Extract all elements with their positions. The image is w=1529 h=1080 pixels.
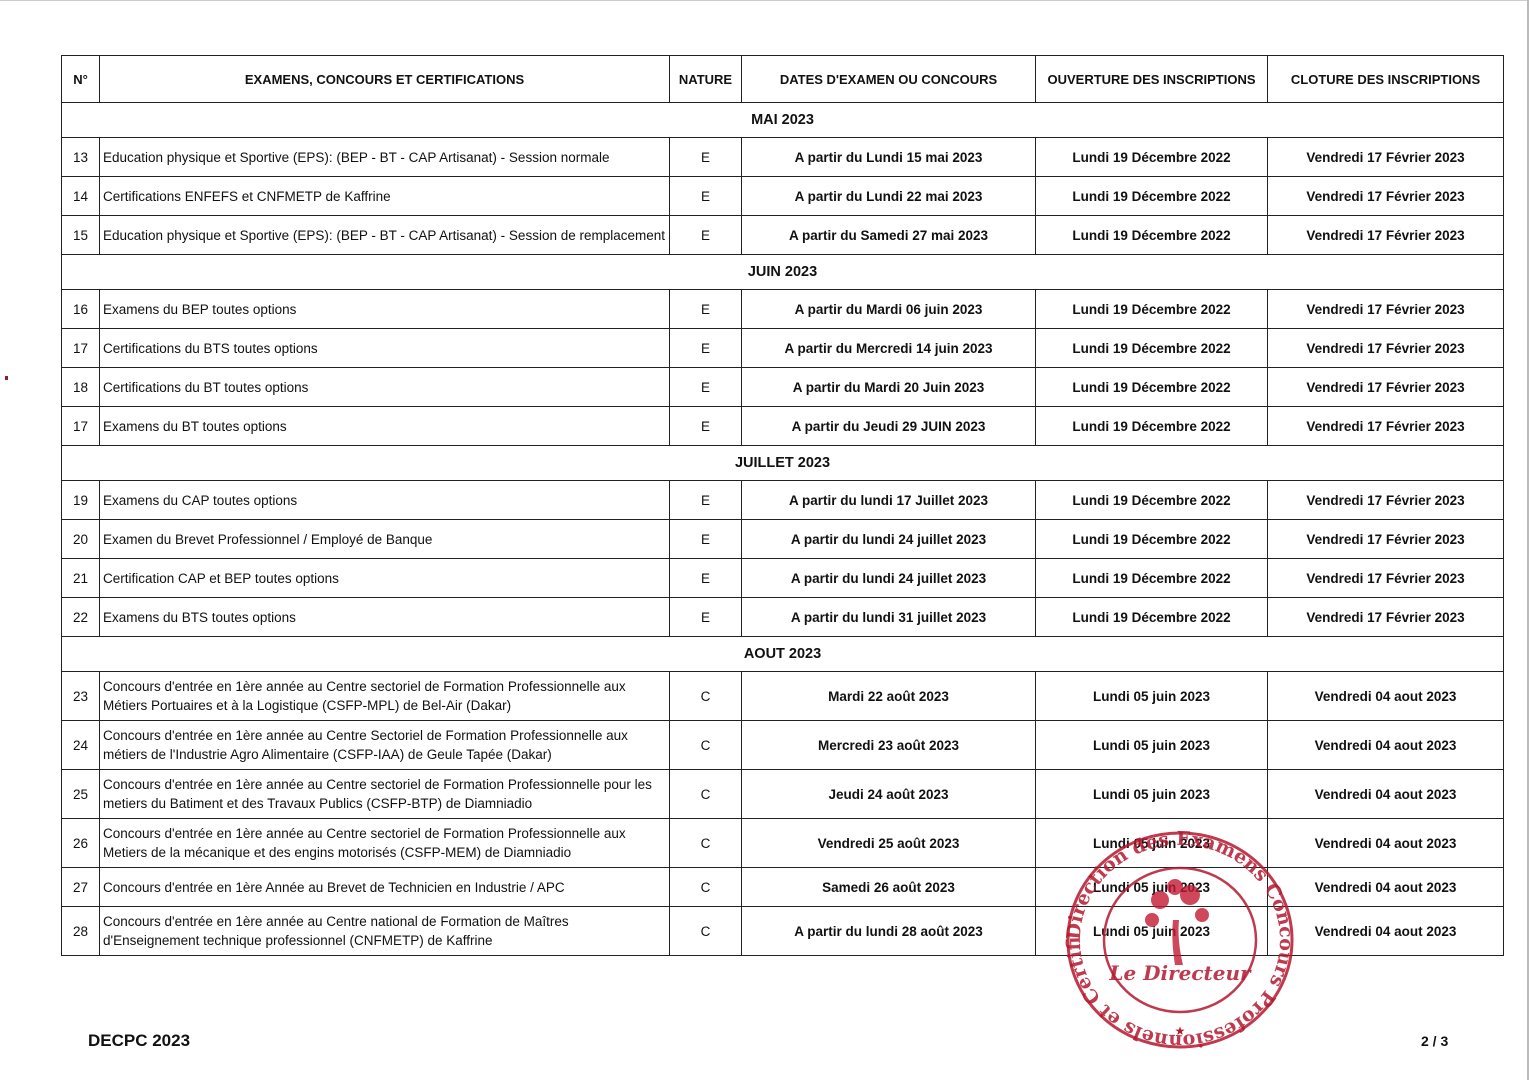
exam-name: Certifications du BT toutes options	[100, 368, 670, 407]
row-number: 18	[62, 368, 100, 407]
month-section-row: JUILLET 2023	[62, 446, 1504, 481]
registration-closing: Vendredi 17 Février 2023	[1268, 290, 1504, 329]
registration-closing: Vendredi 17 Février 2023	[1268, 368, 1504, 407]
table-row: 15Education physique et Sportive (EPS): …	[62, 216, 1504, 255]
exam-name: Examen du Brevet Professionnel / Employé…	[100, 520, 670, 559]
exam-name: Education physique et Sportive (EPS): (B…	[100, 138, 670, 177]
header-no: N°	[62, 56, 100, 103]
exam-name: Concours d'entrée en 1ère année au Centr…	[100, 770, 670, 819]
scan-edge-top	[0, 0, 1529, 1]
row-number: 25	[62, 770, 100, 819]
registration-opening: Lundi 19 Décembre 2022	[1036, 598, 1268, 637]
month-section-row: MAI 2023	[62, 103, 1504, 138]
registration-opening: Lundi 05 juin 2023	[1036, 770, 1268, 819]
exam-nature: C	[670, 819, 742, 868]
exam-nature: E	[670, 559, 742, 598]
registration-opening: Lundi 19 Décembre 2022	[1036, 407, 1268, 446]
table-row: 27Concours d'entrée en 1ère Année au Bre…	[62, 868, 1504, 907]
registration-opening: Lundi 19 Décembre 2022	[1036, 177, 1268, 216]
row-number: 27	[62, 868, 100, 907]
row-number: 16	[62, 290, 100, 329]
exam-nature: E	[670, 177, 742, 216]
row-number: 13	[62, 138, 100, 177]
exam-nature: E	[670, 481, 742, 520]
table-row: 20Examen du Brevet Professionnel / Emplo…	[62, 520, 1504, 559]
exam-date: A partir du Mardi 20 Juin 2023	[742, 368, 1036, 407]
exam-nature: C	[670, 672, 742, 721]
table-header-row: N° EXAMENS, CONCOURS ET CERTIFICATIONS N…	[62, 56, 1504, 103]
document-page: N° EXAMENS, CONCOURS ET CERTIFICATIONS N…	[0, 0, 1529, 1080]
exam-date: A partir du lundi 28 août 2023	[742, 907, 1036, 956]
registration-closing: Vendredi 04 aout 2023	[1268, 770, 1504, 819]
table-row: 17Certifications du BTS toutes optionsEA…	[62, 329, 1504, 368]
row-number: 23	[62, 672, 100, 721]
exam-nature: E	[670, 138, 742, 177]
exam-name: Examens du CAP toutes options	[100, 481, 670, 520]
registration-closing: Vendredi 04 aout 2023	[1268, 721, 1504, 770]
exam-date: Mardi 22 août 2023	[742, 672, 1036, 721]
table-row: 22Examens du BTS toutes optionsEA partir…	[62, 598, 1504, 637]
exam-name: Certifications du BTS toutes options	[100, 329, 670, 368]
exam-schedule-table: N° EXAMENS, CONCOURS ET CERTIFICATIONS N…	[61, 55, 1504, 956]
registration-closing: Vendredi 17 Février 2023	[1268, 329, 1504, 368]
registration-closing: Vendredi 04 aout 2023	[1268, 672, 1504, 721]
registration-opening: Lundi 19 Décembre 2022	[1036, 329, 1268, 368]
exam-date: Jeudi 24 août 2023	[742, 770, 1036, 819]
exam-name: Concours d'entrée en 1ère année au Centr…	[100, 907, 670, 956]
registration-closing: Vendredi 17 Février 2023	[1268, 138, 1504, 177]
exam-nature: C	[670, 868, 742, 907]
table-row: 26Concours d'entrée en 1ère année au Cen…	[62, 819, 1504, 868]
registration-closing: Vendredi 17 Février 2023	[1268, 481, 1504, 520]
exam-name: Concours d'entrée en 1ère année au Centr…	[100, 672, 670, 721]
exam-name: Concours d'entrée en 1ère année au Centr…	[100, 819, 670, 868]
registration-closing: Vendredi 17 Février 2023	[1268, 407, 1504, 446]
header-opening: OUVERTURE DES INSCRIPTIONS	[1036, 56, 1268, 103]
table-row: 21Certification CAP et BEP toutes option…	[62, 559, 1504, 598]
registration-opening: Lundi 19 Décembre 2022	[1036, 481, 1268, 520]
exam-date: A partir du Samedi 27 mai 2023	[742, 216, 1036, 255]
row-number: 19	[62, 481, 100, 520]
exam-date: A partir du lundi 31 juillet 2023	[742, 598, 1036, 637]
registration-opening: Lundi 05 juin 2023	[1036, 868, 1268, 907]
exam-date: A partir du Lundi 15 mai 2023	[742, 138, 1036, 177]
exam-name: Examens du BEP toutes options	[100, 290, 670, 329]
table-row: 17Examens du BT toutes optionsEA partir …	[62, 407, 1504, 446]
registration-opening: Lundi 05 juin 2023	[1036, 819, 1268, 868]
registration-opening: Lundi 19 Décembre 2022	[1036, 368, 1268, 407]
table-row: 23Concours d'entrée en 1ère année au Cen…	[62, 672, 1504, 721]
registration-opening: Lundi 19 Décembre 2022	[1036, 216, 1268, 255]
footer-doc-code: DECPC 2023	[88, 1031, 190, 1051]
registration-closing: Vendredi 04 aout 2023	[1268, 907, 1504, 956]
exam-name: Concours d'entrée en 1ère Année au Breve…	[100, 868, 670, 907]
table-row: 19Examens du CAP toutes optionsEA partir…	[62, 481, 1504, 520]
table-row: 13Education physique et Sportive (EPS): …	[62, 138, 1504, 177]
registration-closing: Vendredi 04 aout 2023	[1268, 868, 1504, 907]
header-closing: CLOTURE DES INSCRIPTIONS	[1268, 56, 1504, 103]
row-number: 15	[62, 216, 100, 255]
header-nature: NATURE	[670, 56, 742, 103]
exam-nature: E	[670, 598, 742, 637]
exam-nature: C	[670, 907, 742, 956]
row-number: 28	[62, 907, 100, 956]
registration-opening: Lundi 05 juin 2023	[1036, 721, 1268, 770]
table-row: 16Examens du BEP toutes optionsEA partir…	[62, 290, 1504, 329]
exam-date: A partir du Lundi 22 mai 2023	[742, 177, 1036, 216]
stamp-inner-text: Le Directeur	[1108, 961, 1252, 985]
table-row: 28Concours d'entrée en 1ère année au Cen…	[62, 907, 1504, 956]
star-icon: ★	[1175, 1024, 1186, 1038]
exam-name: Certification CAP et BEP toutes options	[100, 559, 670, 598]
exam-date: A partir du Mardi 06 juin 2023	[742, 290, 1036, 329]
exam-nature: E	[670, 216, 742, 255]
registration-opening: Lundi 19 Décembre 2022	[1036, 520, 1268, 559]
row-number: 17	[62, 407, 100, 446]
month-label: JUIN 2023	[62, 255, 1504, 290]
registration-opening: Lundi 05 juin 2023	[1036, 907, 1268, 956]
registration-closing: Vendredi 17 Février 2023	[1268, 559, 1504, 598]
exam-date: A partir du lundi 24 juillet 2023	[742, 559, 1036, 598]
exam-nature: E	[670, 368, 742, 407]
exam-date: Mercredi 23 août 2023	[742, 721, 1036, 770]
registration-opening: Lundi 19 Décembre 2022	[1036, 559, 1268, 598]
scan-speck	[5, 376, 8, 380]
table-row: 24Concours d'entrée en 1ère année au Cen…	[62, 721, 1504, 770]
month-label: MAI 2023	[62, 103, 1504, 138]
exam-date: A partir du lundi 17 Juillet 2023	[742, 481, 1036, 520]
exam-nature: E	[670, 290, 742, 329]
registration-opening: Lundi 19 Décembre 2022	[1036, 290, 1268, 329]
registration-closing: Vendredi 17 Février 2023	[1268, 177, 1504, 216]
registration-opening: Lundi 05 juin 2023	[1036, 672, 1268, 721]
registration-closing: Vendredi 04 aout 2023	[1268, 819, 1504, 868]
header-dates: DATES D'EXAMEN OU CONCOURS	[742, 56, 1036, 103]
footer-page-number: 2 / 3	[1421, 1033, 1448, 1049]
header-exam: EXAMENS, CONCOURS ET CERTIFICATIONS	[100, 56, 670, 103]
table-row: 25Concours d'entrée en 1ère année au Cen…	[62, 770, 1504, 819]
table-row: 18Certifications du BT toutes optionsEA …	[62, 368, 1504, 407]
exam-name: Examens du BTS toutes options	[100, 598, 670, 637]
registration-closing: Vendredi 17 Février 2023	[1268, 216, 1504, 255]
month-section-row: JUIN 2023	[62, 255, 1504, 290]
exam-name: Certifications ENFEFS et CNFMETP de Kaff…	[100, 177, 670, 216]
table-row: 14Certifications ENFEFS et CNFMETP de Ka…	[62, 177, 1504, 216]
exam-date: Vendredi 25 août 2023	[742, 819, 1036, 868]
row-number: 26	[62, 819, 100, 868]
exam-nature: E	[670, 329, 742, 368]
registration-closing: Vendredi 17 Février 2023	[1268, 598, 1504, 637]
month-section-row: AOUT 2023	[62, 637, 1504, 672]
month-label: AOUT 2023	[62, 637, 1504, 672]
exam-nature: E	[670, 520, 742, 559]
exam-name: Concours d'entrée en 1ère année au Centr…	[100, 721, 670, 770]
exam-date: Samedi 26 août 2023	[742, 868, 1036, 907]
exam-date: A partir du Mercredi 14 juin 2023	[742, 329, 1036, 368]
row-number: 21	[62, 559, 100, 598]
row-number: 14	[62, 177, 100, 216]
exam-nature: C	[670, 721, 742, 770]
exam-date: A partir du lundi 24 juillet 2023	[742, 520, 1036, 559]
exam-nature: C	[670, 770, 742, 819]
row-number: 20	[62, 520, 100, 559]
row-number: 22	[62, 598, 100, 637]
exam-name: Education physique et Sportive (EPS): (B…	[100, 216, 670, 255]
registration-opening: Lundi 19 Décembre 2022	[1036, 138, 1268, 177]
month-label: JUILLET 2023	[62, 446, 1504, 481]
row-number: 24	[62, 721, 100, 770]
exam-name: Examens du BT toutes options	[100, 407, 670, 446]
registration-closing: Vendredi 17 Février 2023	[1268, 520, 1504, 559]
exam-nature: E	[670, 407, 742, 446]
table-body: MAI 202313Education physique et Sportive…	[62, 103, 1504, 956]
row-number: 17	[62, 329, 100, 368]
exam-date: A partir du Jeudi 29 JUIN 2023	[742, 407, 1036, 446]
